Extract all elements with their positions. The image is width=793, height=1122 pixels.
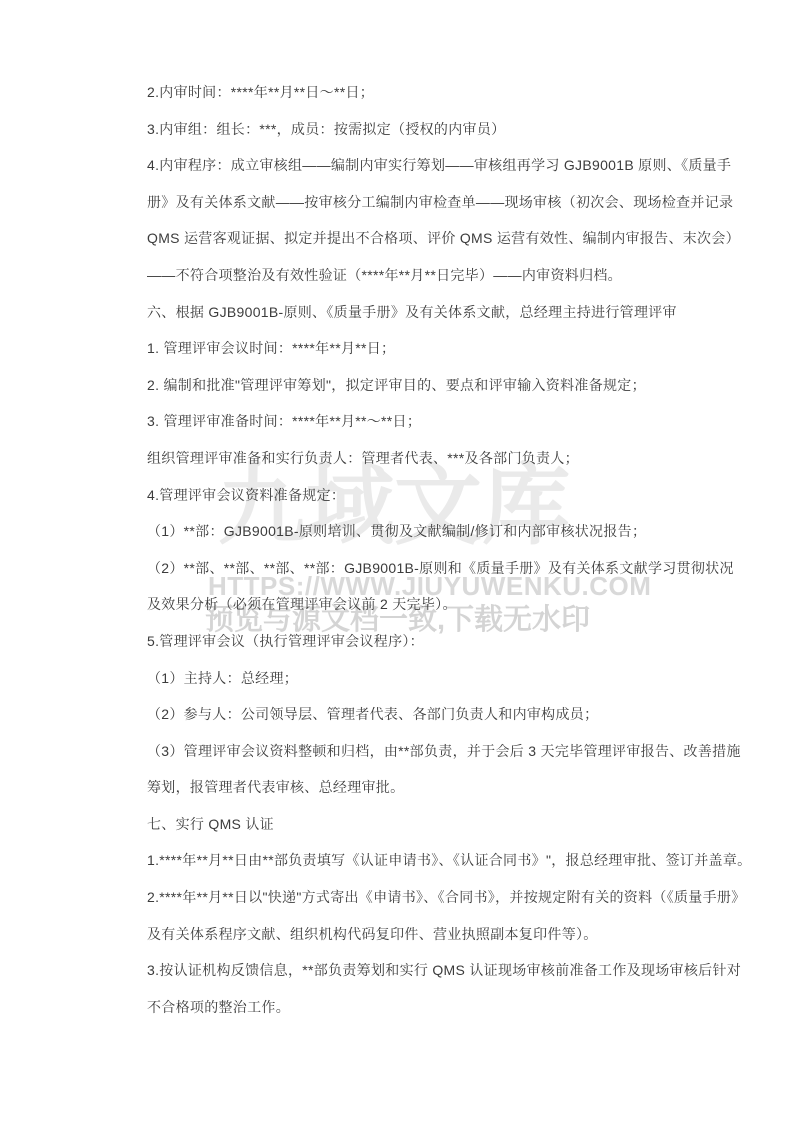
document-line: 1. 管理评审会议时间：****年**月**日；: [147, 330, 725, 367]
document-line: 4.管理评审会议资料准备规定：: [147, 477, 725, 514]
document-line: （1）**部：GJB9001B-原则培训、贯彻及文献编制/修订和内部审核状况报告…: [147, 513, 725, 550]
document-line: 及有关体系程序文献、组织机构代码复印件、营业执照副本复印件等）。: [147, 916, 725, 953]
document-line: （2）参与人：公司领导层、管理者代表、各部门负责人和内审构成员；: [147, 696, 725, 733]
document-page: 九域文库 HTTPS://WWW.JIUYUWENKU.COM 预览与源文档一致…: [0, 0, 793, 1122]
document-line: 3. 管理评审准备时间：****年**月**～**日；: [147, 403, 725, 440]
document-line: ——不符合项整治及有效性验证（****年**月**日完毕）——内审资料归档。: [147, 257, 725, 294]
document-line: 2. 编制和批准"管理评审筹划"，拟定评审目的、要点和评审输入资料准备规定；: [147, 367, 725, 404]
document-line: （3）管理评审会议资料整顿和归档，由**部负责，并于会后 3 天完毕管理评审报告…: [147, 733, 725, 770]
document-line: 2.内审时间：****年**月**日～**日；: [147, 74, 725, 111]
document-line: 2.****年**月**日以"快递"方式寄出《申请书》、《合同书》，并按规定附有…: [147, 879, 725, 916]
document-body: 2.内审时间：****年**月**日～**日； 3.内审组：组长：***，成员：…: [147, 74, 725, 1025]
document-line: 3.按认证机构反馈信息，**部负责筹划和实行 QMS 认证现场审核前准备工作及现…: [147, 952, 725, 989]
document-line: 不合格项的整治工作。: [147, 989, 725, 1026]
document-line: 3.内审组：组长：***，成员：按需拟定（授权的内审员）: [147, 111, 725, 148]
document-line: 七、实行 QMS 认证: [147, 806, 725, 843]
document-line: 筹划，报管理者代表审核、总经理审批。: [147, 769, 725, 806]
document-line: （1）主持人：总经理；: [147, 660, 725, 697]
document-line: 组织管理评审准备和实行负责人：管理者代表、***及各部门负责人；: [147, 440, 725, 477]
document-line: 5.管理评审会议（执行管理评审会议程序）：: [147, 623, 725, 660]
document-line: （2）**部、**部、**部、**部：GJB9001B-原则和《质量手册》及有关…: [147, 550, 725, 587]
document-line: 4.内审程序：成立审核组——编制内审实行筹划——审核组再学习 GJB9001B …: [147, 147, 725, 184]
document-line: 及效果分析（必须在管理评审会议前 2 天完毕）。: [147, 586, 725, 623]
document-line: 册》及有关体系文献——按审核分工编制内审检查单——现场审核（初次会、现场检查并记…: [147, 184, 725, 221]
document-line: QMS 运营客观证据、拟定并提出不合格项、评价 QMS 运营有效性、编制内审报告…: [147, 220, 725, 257]
document-line: 1.****年**月**日由**部负责填写《认证申请书》、《认证合同书》"，报总…: [147, 842, 725, 879]
document-line: 六、根据 GJB9001B-原则、《质量手册》及有关体系文献，总经理主持进行管理…: [147, 294, 725, 331]
